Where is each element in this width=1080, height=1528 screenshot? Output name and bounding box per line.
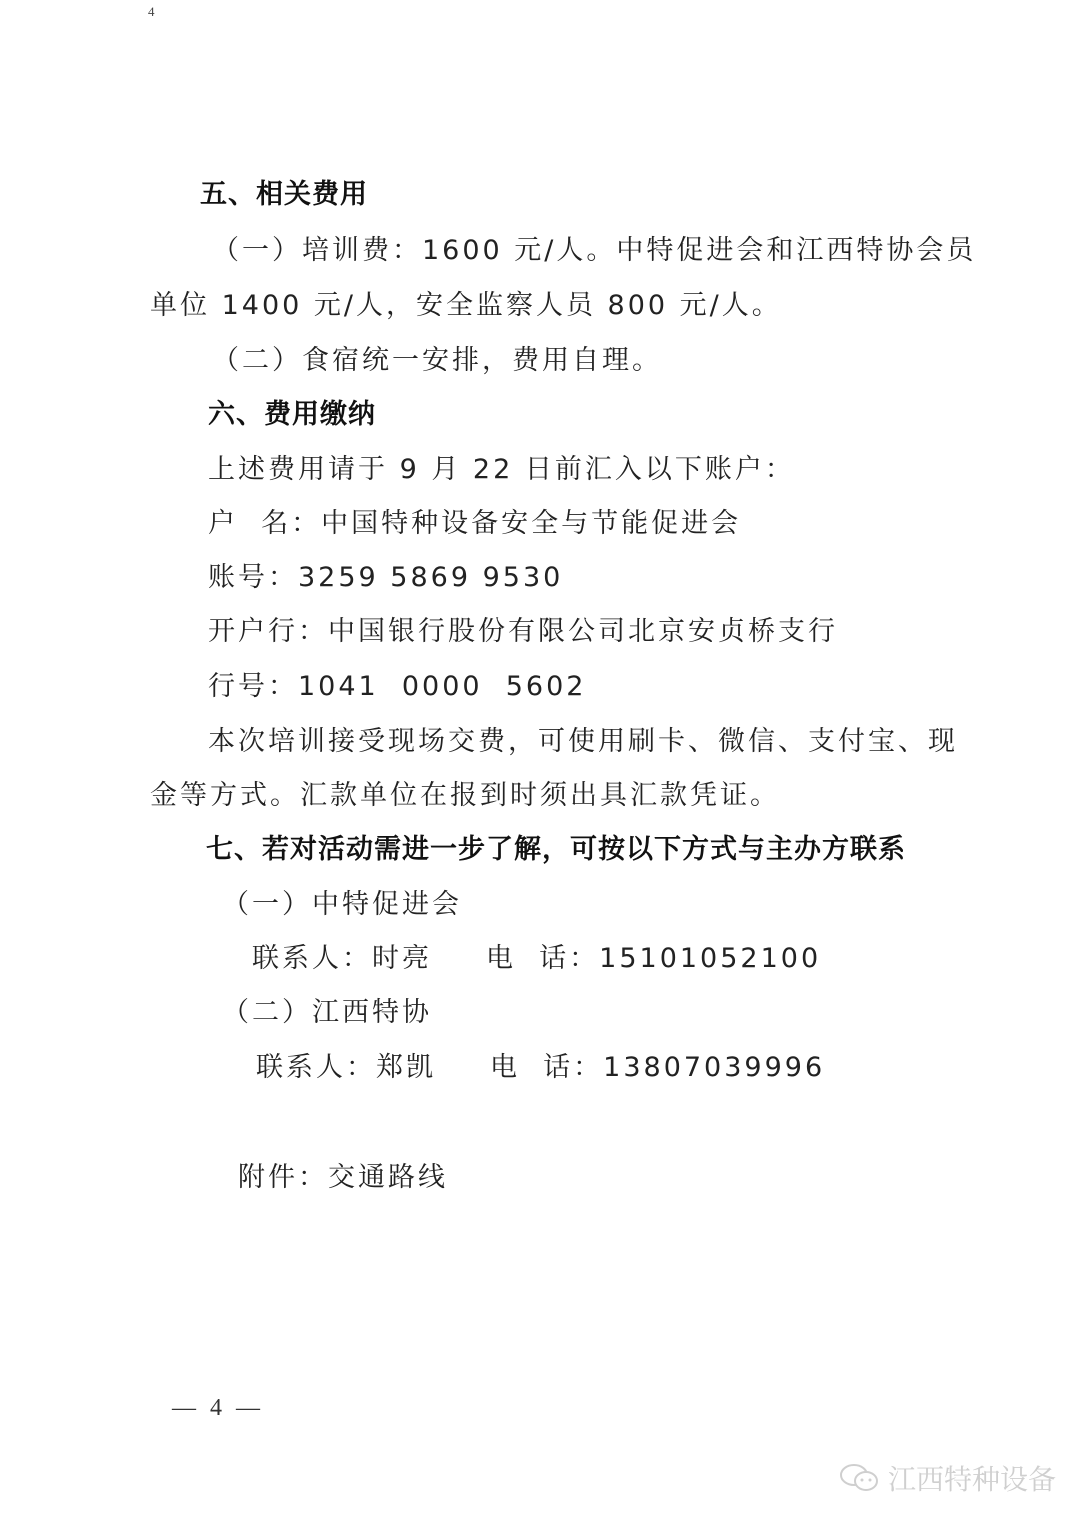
contact-2-phone: 电 话：13807039996	[490, 1045, 825, 1084]
payment-intro: 上述费用请于 9 月 22 日前汇入以下账户：	[208, 447, 795, 486]
section-5-title: 五、相关费用	[200, 172, 368, 211]
attachment-line: 附件：交通路线	[238, 1155, 448, 1194]
section-7-title: 七、若对活动需进一步了解，可按以下方式与主办方联系	[206, 827, 906, 866]
contact-1-name: 联系人：时亮	[252, 936, 432, 975]
bank-code: 行号：1041 0000 5602	[208, 664, 586, 703]
fee-paragraph-line2: 单位 1400 元/人，安全监察人员 800 元/人。	[150, 283, 782, 322]
account-number: 账号：3259 5869 9530	[208, 555, 563, 594]
footer-page-marker: — 4 —	[172, 1395, 264, 1422]
org-1: （一）中特促进会	[222, 882, 462, 921]
watermark-text: 江西特种设备	[888, 1458, 1056, 1498]
corner-page-number: 4	[148, 4, 155, 20]
org-2: （二）江西特协	[222, 990, 432, 1029]
section-6-title: 六、费用缴纳	[208, 392, 376, 431]
watermark: 江西特种设备	[838, 1458, 1056, 1498]
board-lodging-text: （二）食宿统一安排，费用自理。	[212, 338, 662, 377]
contact-2-name: 联系人：郑凯	[256, 1045, 436, 1084]
payment-note-line2: 金等方式。汇款单位在报到时须出具汇款凭证。	[150, 773, 780, 812]
bank-name: 开户行：中国银行股份有限公司北京安贞桥支行	[208, 609, 838, 648]
account-name: 户 名：中国特种设备安全与节能促进会	[208, 501, 741, 540]
fee-paragraph-line1: （一）培训费：1600 元/人。中特促进会和江西特协会员	[212, 228, 976, 267]
payment-note-line1: 本次培训接受现场交费，可使用刷卡、微信、支付宝、现	[208, 719, 958, 758]
wechat-icon	[838, 1461, 882, 1495]
contact-1-phone: 电 话：15101052100	[486, 936, 821, 975]
